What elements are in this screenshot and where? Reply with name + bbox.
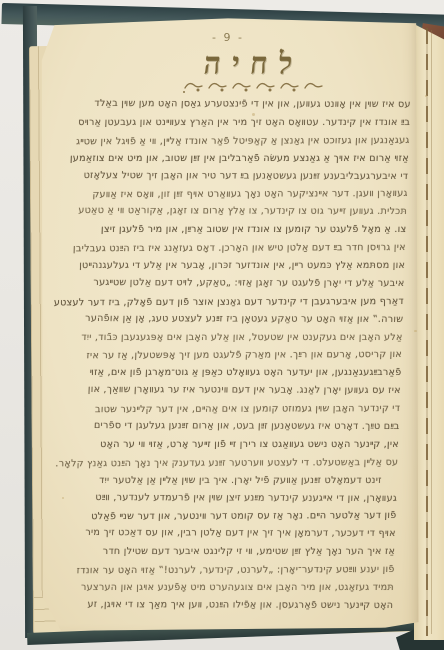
foxing-speck <box>414 330 417 332</box>
handwritten-line-paragraph-start: זינט דעמאָלט זײַנען אַװעק פֿיל יאָרן. אי… <box>47 472 398 490</box>
handwritten-line: פֿאַרבײַגעגאַנגען, און יעדער האָט געװאָל… <box>51 364 402 382</box>
handwritten-line: בײַ אונדז אין קינדער. עטװאָס האָט זיך מי… <box>60 114 411 132</box>
handwritten-line: אַז איך הער נאָך אַלץ זײַן שטימע, װי זי … <box>45 543 396 561</box>
book-gutter-fold <box>426 28 428 636</box>
handwritten-line: און קריסט, אָרעם און רײַך. אין מאַרק פֿל… <box>52 346 403 365</box>
handwritten-line: אין גרױסן חדר בײַ דעם אַלטן טיש און האָר… <box>55 239 406 258</box>
handwritten-line: עס אַלײן באַשטעלט. די לעצטע װערטער זײַנע… <box>48 454 399 473</box>
facing-page-edge <box>414 24 444 640</box>
handwritten-line: תּמיד געזאָגט, און מיר האָבן אים צוגעהער… <box>44 579 395 597</box>
handwritten-line: די איבערגעבליבענע זײַנען געשטאַנען בײַ ד… <box>58 166 409 185</box>
handwritten-line: איבער אַלע די יאָרן פֿלעגט ער זאָגן אַזױ… <box>54 274 405 293</box>
handwritten-line: אַלע האָבן אים געקענט אין שטעטל, און אַל… <box>52 329 403 347</box>
handwritten-line: פֿון יענע װײַטע קינדער־יאָרן: „לערנט, קי… <box>44 561 395 580</box>
handwritten-line: אױף די דעכער, דערמאָן איך זיך אין דעם אַ… <box>45 524 396 543</box>
handwritten-line: איז עס געװען יאָרן לאַנג. אָבער אין דעם … <box>50 381 401 400</box>
manuscript-photo: - 9 - לחיה עס איז שױן אין אָװנט געװען, א… <box>0 0 444 650</box>
manuscript-page: - 9 - לחיה עס איז שױן אין אָװנט געװען, א… <box>36 14 420 632</box>
handwritten-line: אין, קײנער האָט נישט געװאַגט צו רירן זײ … <box>49 436 400 454</box>
handwritten-line: האָט קײנער נישט פֿאַרגעסן. און אַפֿילו ה… <box>43 596 394 615</box>
foxing-speck <box>403 140 405 142</box>
handwritten-line: געגאַנגען און געזוכט אין גאַנצן אַ קאַפּ… <box>59 132 410 151</box>
handwritten-line: און מסתּמא אַלץ כּמעט רײן, אין אונדזער ז… <box>55 257 406 275</box>
foxing-speck <box>425 95 427 97</box>
handwritten-line: געװאָרן, און די אײגענע קינדער מײַנע זיצן… <box>47 488 398 507</box>
chapter-title-block: לחיה <box>62 46 444 95</box>
handwritten-line: תּכלית. געװען זײער גוט צו קינדער, צו אַל… <box>57 202 408 221</box>
handwritten-text-block: עס איז שױן אין אָװנט געװען, און אין די פ… <box>43 96 411 615</box>
handwritten-line: אַזױ אַרום איז אױך אַ גאַנצע מעשׂה פֿאַר… <box>59 150 410 168</box>
chapter-title-calligraphy: לחיה <box>202 45 306 82</box>
foxing-speck <box>252 113 255 116</box>
foxing-speck <box>62 497 64 499</box>
book-gutter-fold-secondary <box>431 30 432 634</box>
handwritten-line: עס איז שױן אין אָװנט געװען, און אין די פ… <box>60 95 411 114</box>
page-number: - 9 - <box>36 31 420 44</box>
handwritten-line: שורה.‟ און אַזױ האָט ער טאַקע געטאָן ביז… <box>53 310 404 329</box>
handwritten-line: בײַם טײַך. דאָרט איז געשטאַנען זײַן בעט,… <box>49 417 400 436</box>
handwritten-line: צו. אַ מאָל פֿלעגט ער קומען צו אונדז אין… <box>56 221 407 239</box>
